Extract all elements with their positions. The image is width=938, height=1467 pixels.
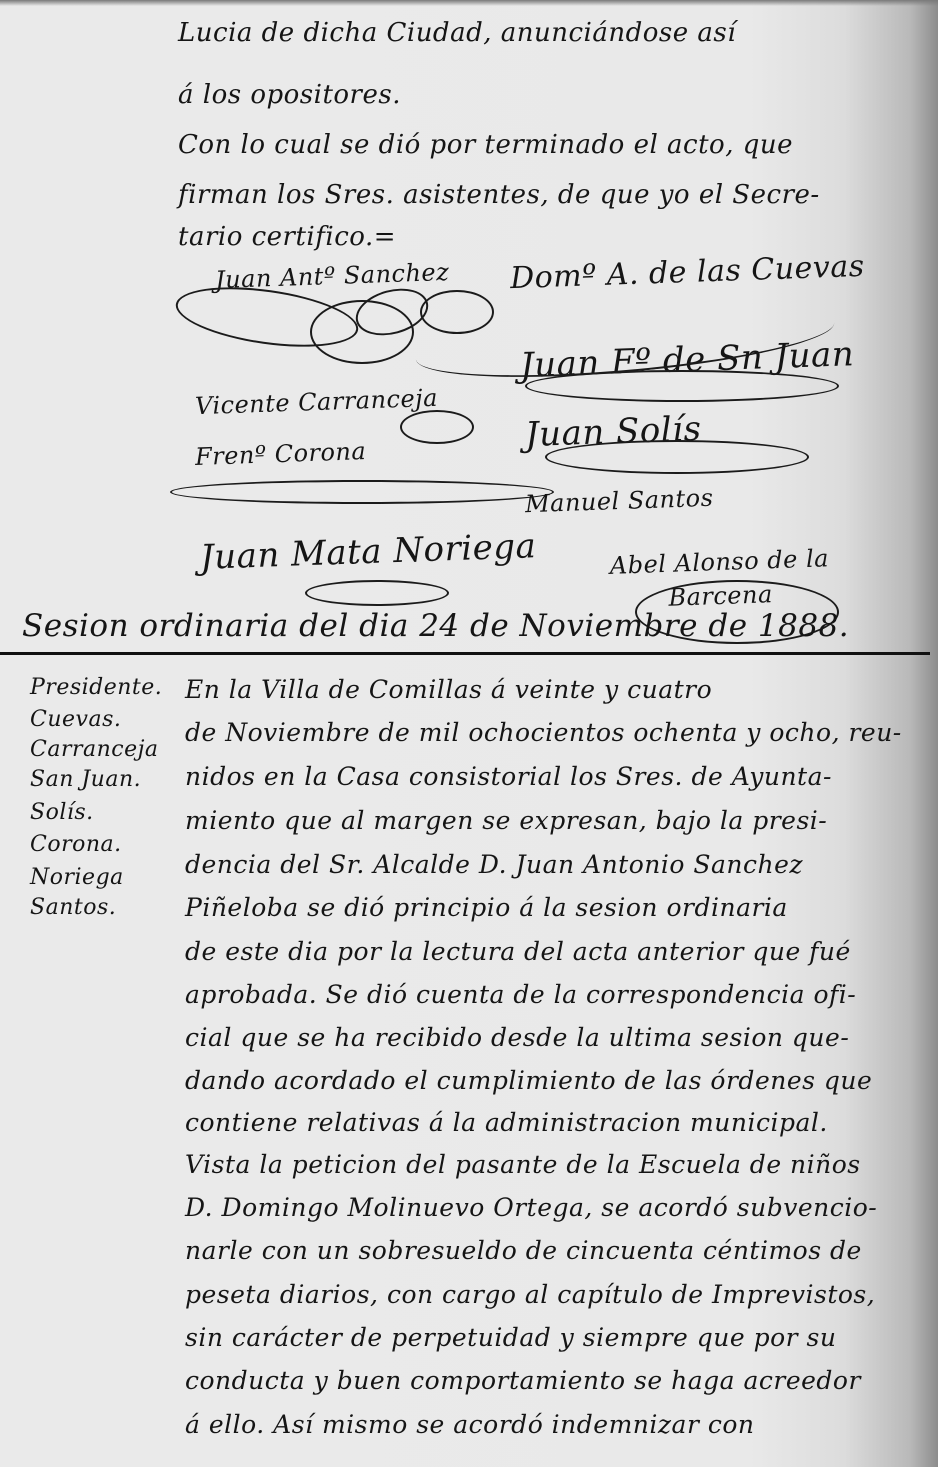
body-line: dando acordado el cumplimiento de las ór… (185, 1066, 872, 1095)
body-line: á ello. Así mismo se acordó indemnizar c… (185, 1410, 755, 1439)
heading-underline (0, 652, 930, 655)
margin-attendee: San Juan. (30, 767, 141, 792)
session-heading: Sesion ordinaria del dia 24 de Noviembre… (22, 608, 849, 644)
page-top-shadow (0, 0, 938, 6)
body-line: Piñeloba se dió principio á la sesion or… (185, 893, 788, 922)
margin-attendee: Noriega (30, 865, 124, 890)
body-line: contiene relativas á la administracion m… (185, 1108, 828, 1137)
body-line: narle con un sobresueldo de cincuenta cé… (185, 1236, 862, 1265)
manuscript-page: Lucia de dicha Ciudad, anunciándose así … (0, 0, 938, 1467)
body-line: miento que al margen se expresan, bajo l… (185, 806, 827, 835)
prev-minutes-line: Lucia de dicha Ciudad, anunciándose así (178, 18, 736, 48)
body-line: de este dia por la lectura del acta ante… (185, 937, 851, 966)
body-line: cial que se ha recibido desde la ultima … (185, 1023, 849, 1052)
body-line: D. Domingo Molinuevo Ortega, se acordó s… (185, 1193, 877, 1222)
prev-minutes-line: Con lo cual se dió por terminado el acto… (178, 130, 793, 160)
signature-flourish (400, 410, 474, 444)
signature: Frenº Corona (195, 437, 367, 471)
margin-attendee: Santos. (30, 895, 116, 920)
body-line: En la Villa de Comillas á veinte y cuatr… (185, 675, 712, 704)
body-line: nidos en la Casa consistorial los Sres. … (185, 762, 832, 791)
body-line: de Noviembre de mil ochocientos ochenta … (185, 718, 902, 747)
margin-attendee: Solís. (30, 800, 94, 825)
body-line: Vista la peticion del pasante de la Escu… (185, 1150, 861, 1179)
prev-minutes-line: firman los Sres. asistentes, de que yo e… (178, 180, 820, 210)
signature: Vicente Carranceja (195, 384, 439, 420)
margin-attendee: Carranceja (30, 737, 159, 762)
signature-flourish (525, 370, 839, 402)
signature: Manuel Santos (525, 484, 714, 519)
body-line: aprobada. Se dió cuenta de la correspond… (185, 980, 856, 1009)
signature-flourish (170, 480, 554, 504)
margin-attendee: Corona. (30, 832, 122, 857)
signature: Juan Mata Noriega (199, 526, 537, 578)
signature-flourish (305, 580, 449, 606)
body-line: sin carácter de perpetuidad y siempre qu… (185, 1323, 837, 1352)
prev-minutes-line: á los opositores. (178, 80, 401, 110)
body-line: peseta diarios, con cargo al capítulo de… (185, 1280, 875, 1309)
signature-flourish (545, 440, 809, 474)
prev-minutes-line: tario certifico.= (178, 222, 396, 252)
body-line: conducta y buen comportamiento se haga a… (185, 1366, 861, 1395)
body-line: dencia del Sr. Alcalde D. Juan Antonio S… (185, 850, 803, 879)
signature: Domº A. de las Cuevas (509, 249, 865, 296)
margin-attendee: Presidente. (30, 675, 162, 700)
margin-attendee: Cuevas. (30, 707, 121, 732)
